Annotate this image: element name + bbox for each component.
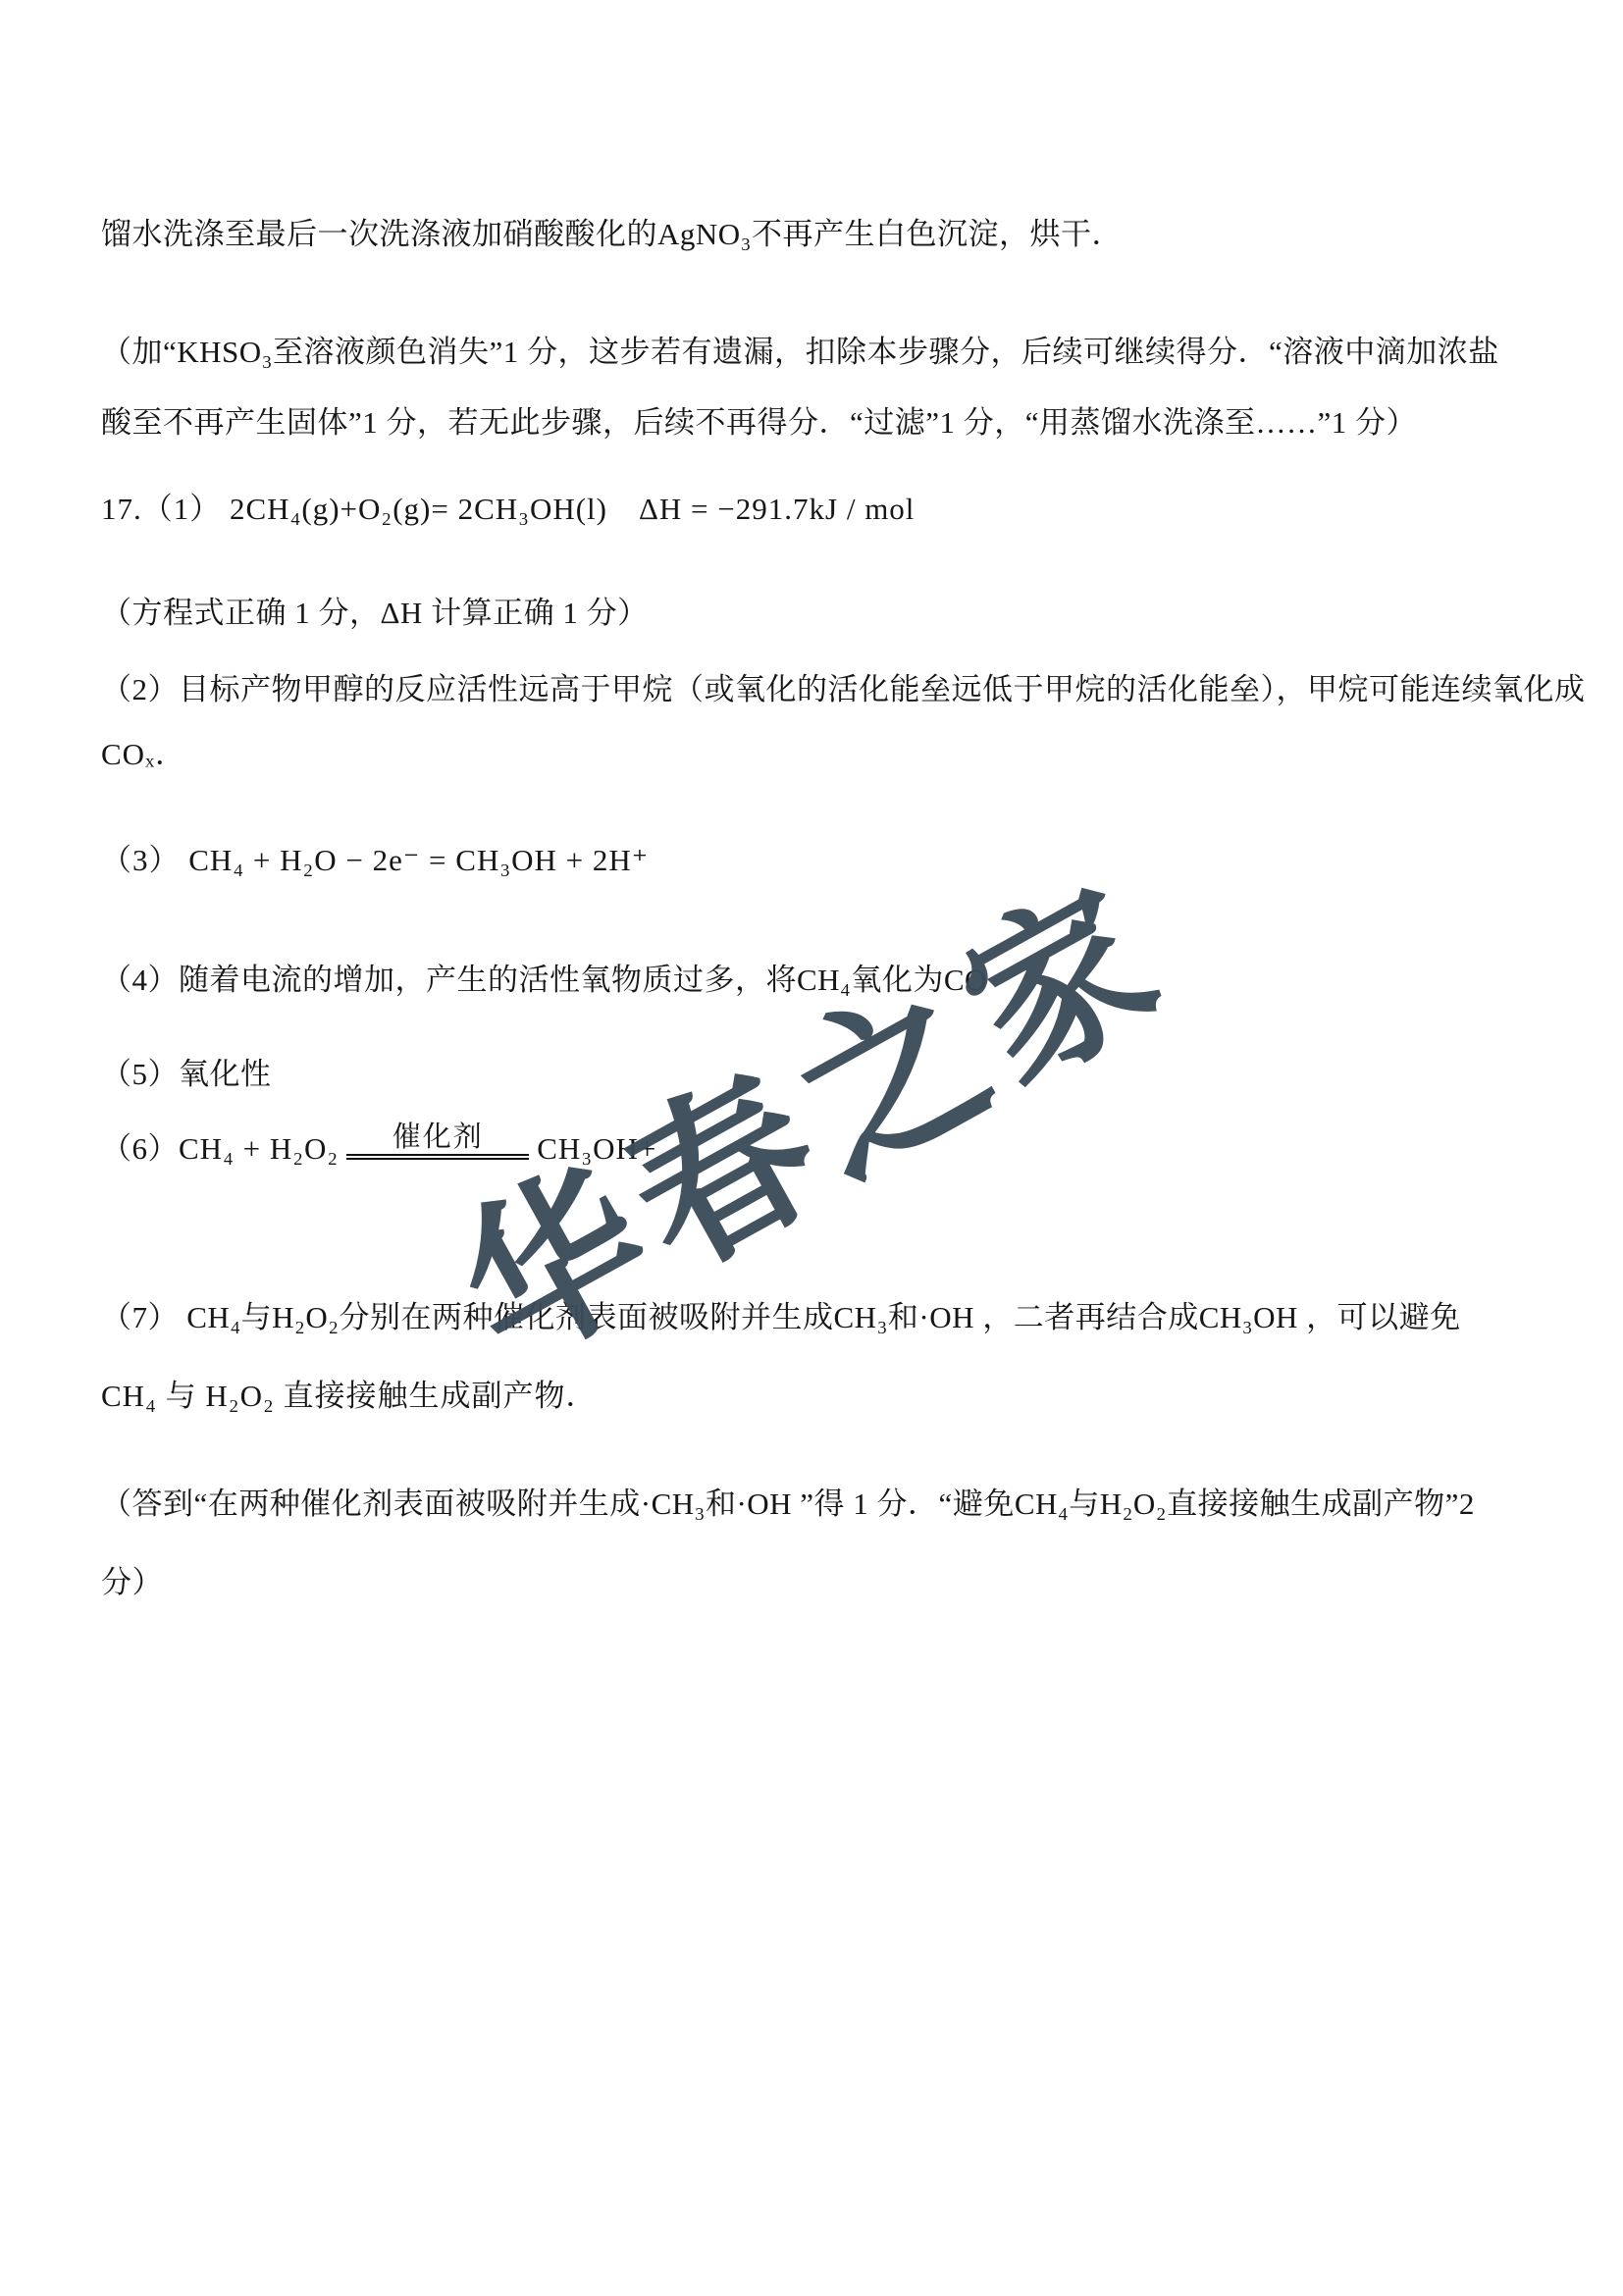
answer-17-6-equation: （6） CH₄ + H₂O₂ 催化剂 CH₃OH+ bbox=[101, 1128, 656, 1170]
grading-note-16-line2: 酸至不再产生固体”1 分，若无此步骤，后续不再得分．“过滤”1 分，“用蒸馏水洗… bbox=[101, 402, 1417, 444]
double-line-equals bbox=[346, 1154, 529, 1160]
reaction-condition-bar: 催化剂 bbox=[346, 1122, 529, 1160]
answer-17-1-equation: 17.（1） 2CH₄(g)+O₂(g)= 2CH₃OH(l) ΔH = −29… bbox=[101, 489, 915, 530]
grading-note-17-1: （方程式正确 1 分，ΔH 计算正确 1 分） bbox=[101, 593, 649, 634]
catalyst-label: 催化剂 bbox=[393, 1122, 484, 1154]
exam-answer-page: 馏水洗涤至最后一次洗涤液加硝酸酸化的AgNO₃不再产生白色沉淀，烘干． （加“K… bbox=[0, 0, 1623, 2296]
grading-note-16-line1: （加“KHSO₃至溶液颜色消失”1 分，这步若有遗漏，扣除本步骤分，后续可继续得… bbox=[101, 332, 1499, 373]
answer-17-5-line: （5）氧化性 bbox=[101, 1054, 272, 1095]
answer-17-2-line1: （2）目标产物甲醇的反应活性远高于甲烷（或氧化的活化能垒远低于甲烷的活化能垒），… bbox=[101, 669, 1586, 710]
grading-note-17-7-line2: 分） bbox=[101, 1562, 163, 1603]
answer-17-6-products: CH₃OH+ bbox=[537, 1128, 656, 1170]
answer-17-7-line2: CH₄ 与 H₂O₂ 直接接触生成副产物． bbox=[101, 1376, 598, 1417]
answer-17-3-equation: （3） CH₄ + H₂O − 2e⁻ = CH₃OH + 2H⁺ bbox=[101, 840, 649, 881]
grading-note-17-7-line1: （答到“在两种催化剂表面被吸附并生成·CH₃和·OH ”得 1 分．“避免CH₄… bbox=[101, 1484, 1475, 1525]
answer-16-wash-line: 馏水洗涤至最后一次洗涤液加硝酸酸化的AgNO₃不再产生白色沉淀，烘干． bbox=[101, 214, 1123, 255]
answer-17-2-line2: COₓ． bbox=[101, 734, 186, 775]
answer-17-6-label: （6） bbox=[101, 1128, 179, 1170]
answer-17-4-line: （4）随着电流的增加，产生的活性氧物质过多，将CH₄氧化为CO bbox=[101, 960, 987, 1001]
answer-17-7-line1: （7） CH₄与H₂O₂分别在两种催化剂表面被吸附并生成CH₃和·OH ，二者再… bbox=[101, 1297, 1461, 1338]
answer-17-6-reactants: CH₄ + H₂O₂ bbox=[179, 1128, 339, 1170]
